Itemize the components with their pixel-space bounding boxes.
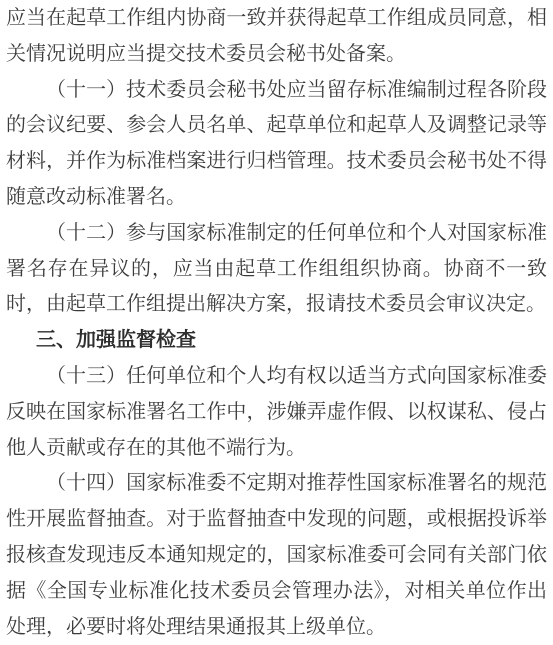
paragraph: 应当在起草工作组内协商一致并获得起草工作组成员同意，相关情况说明应当提交技术委员… — [6, 1, 547, 73]
paragraph: （十一）技术委员会秘书处应当留存标准编制过程各阶段的会议纪要、参会人员名单、起草… — [6, 73, 547, 216]
document-page: 应当在起草工作组内协商一致并获得起草工作组成员同意，相关情况说明应当提交技术委员… — [0, 0, 553, 645]
paragraph: （十四）国家标准委不定期对推荐性国家标准署名的规范性开展监督抽查。对于监督抽查中… — [6, 466, 547, 645]
document-body: 应当在起草工作组内协商一致并获得起草工作组成员同意，相关情况说明应当提交技术委员… — [6, 1, 547, 645]
section-heading: 三、加强监督检查 — [6, 323, 547, 359]
paragraph: （十二）参与国家标准制定的任何单位和个人对国家标准署名存在异议的，应当由起草工作… — [6, 216, 547, 323]
paragraph: （十三）任何单位和个人均有权以适当方式向国家标准委反映在国家标准署名工作中，涉嫌… — [6, 359, 547, 466]
